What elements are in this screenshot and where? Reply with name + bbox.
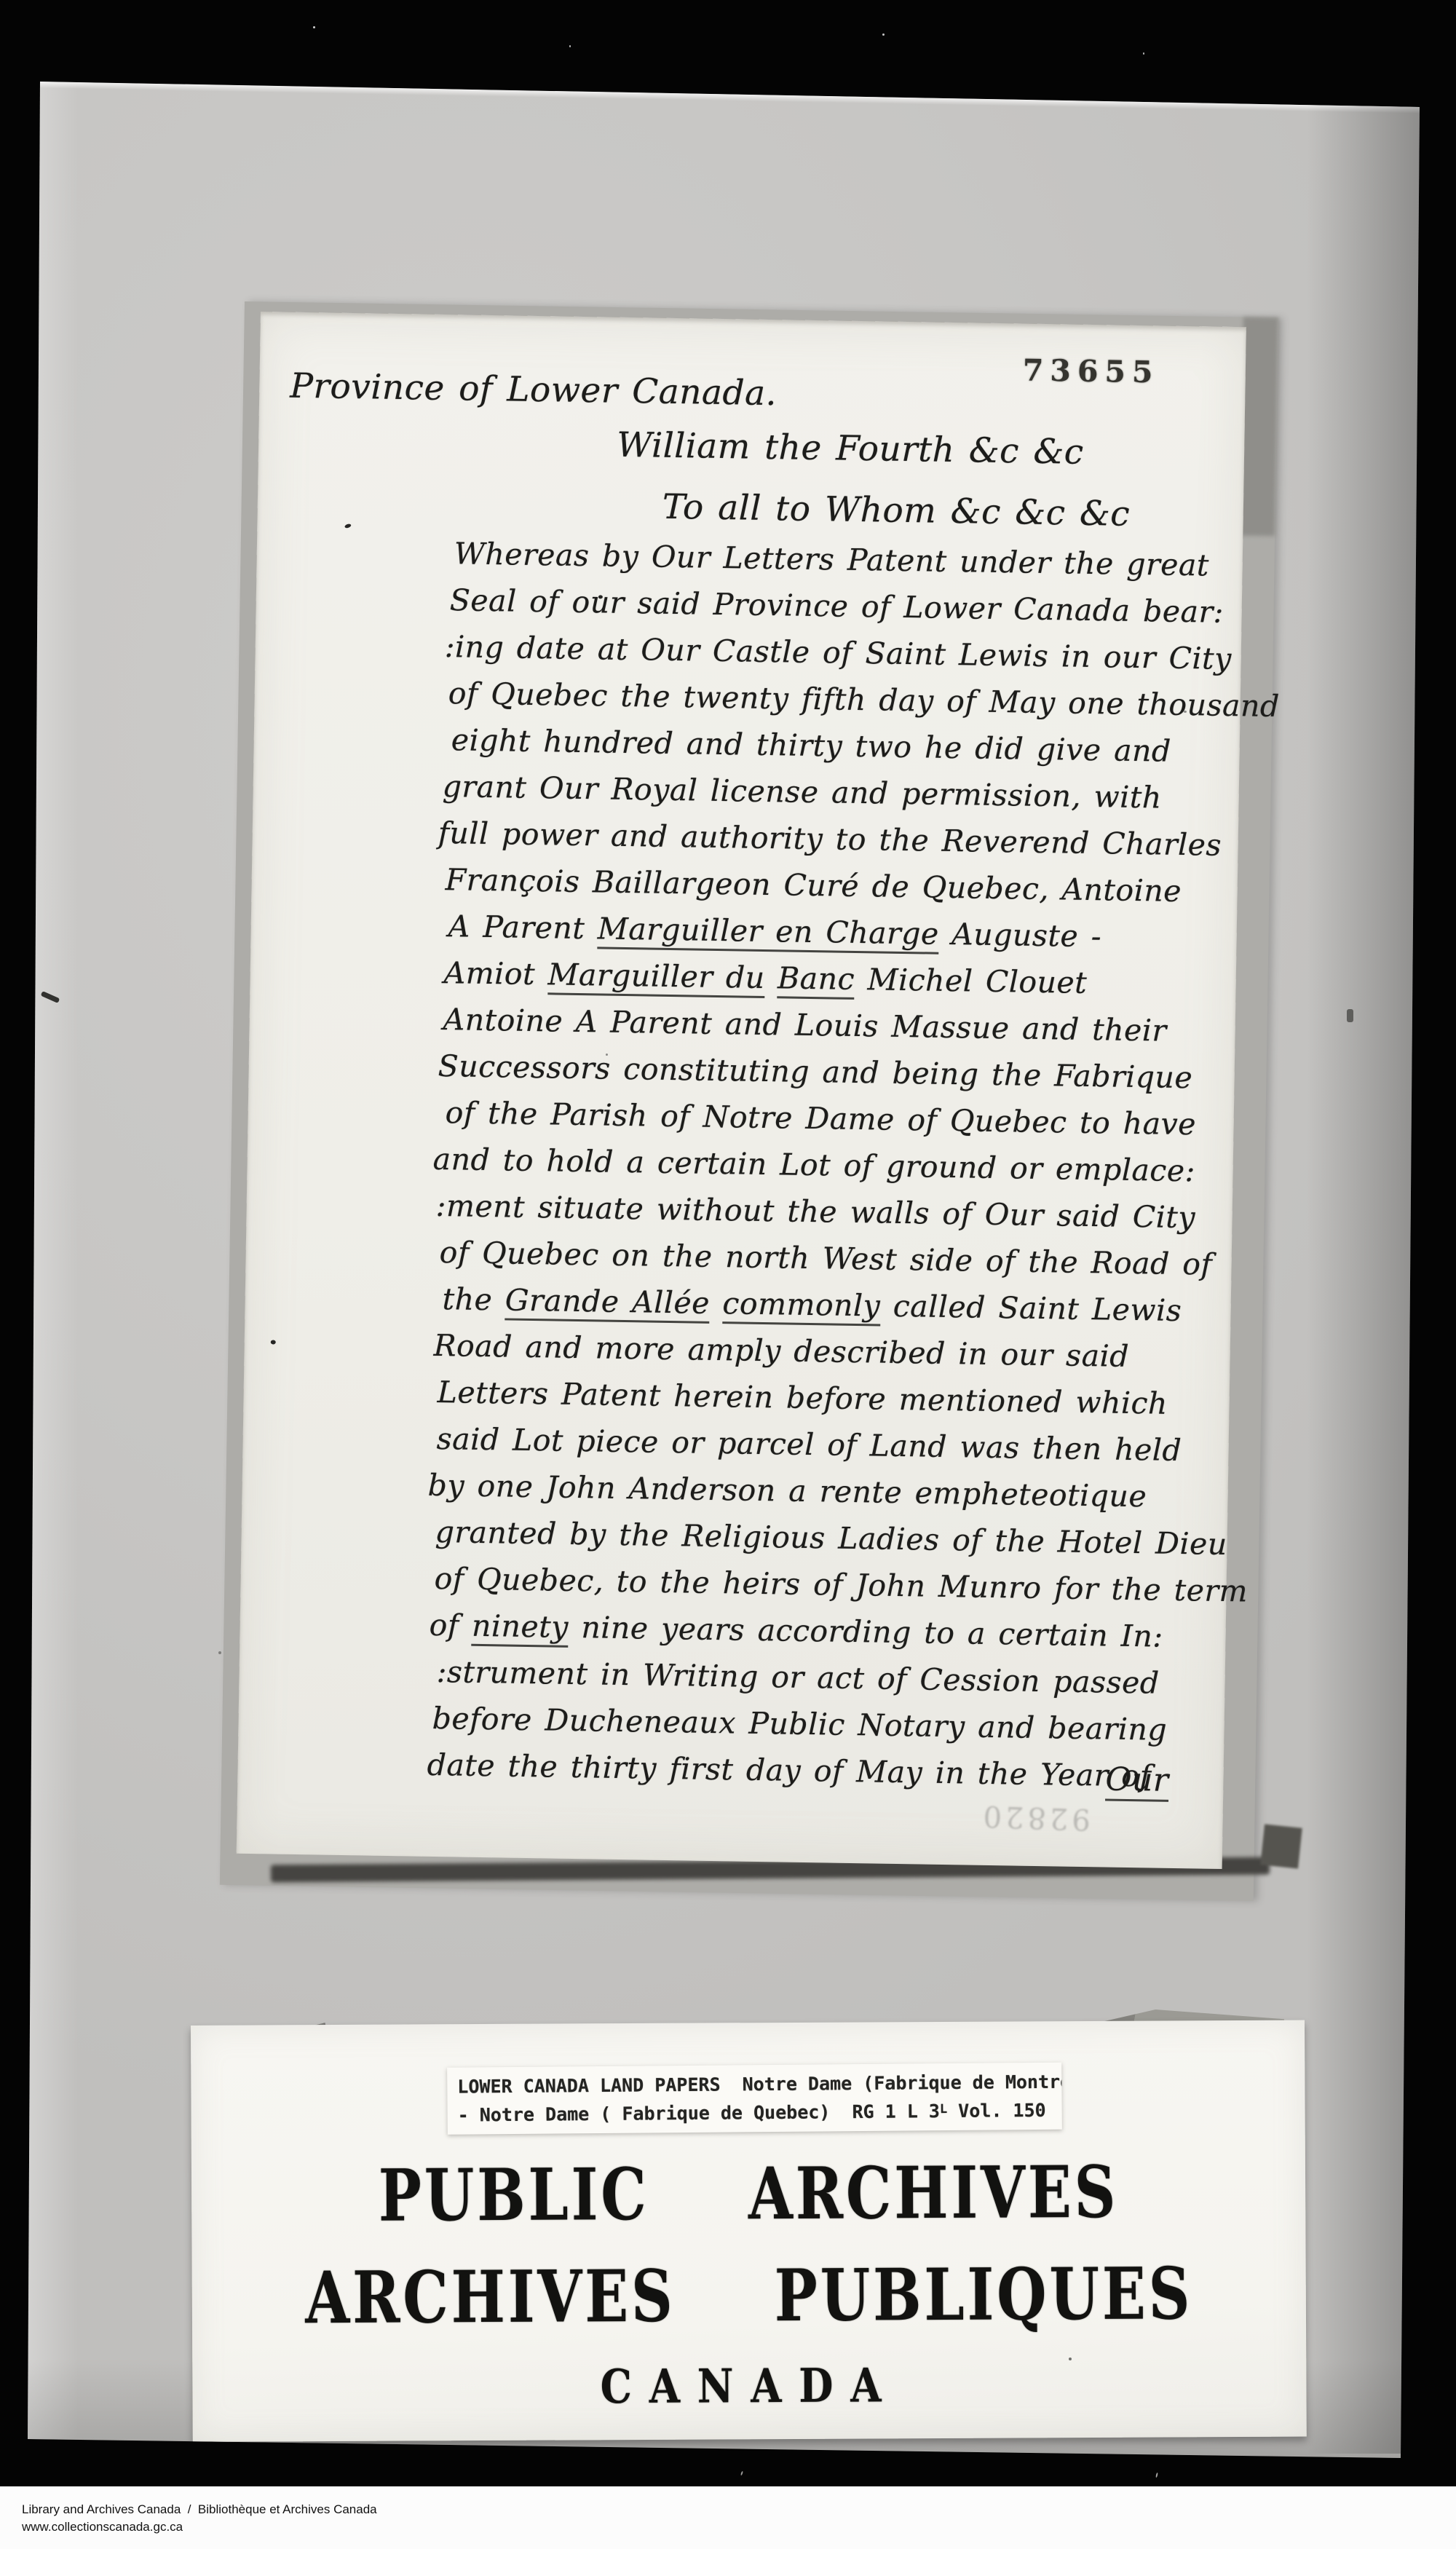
underlined-phrase: Banc — [778, 960, 855, 1000]
handwriting-segment: :strument in Writing or act of Cession p… — [436, 1654, 1160, 1701]
handwriting-segment: by one John Anderson a rente empheteotiq… — [427, 1468, 1147, 1514]
photo-board: Province of Lower Canada. 73655 William … — [0, 0, 1456, 2549]
dust-speck — [1069, 2358, 1072, 2360]
reference-label-line-2-volume: Vol. 150 — [947, 2100, 1046, 2122]
handwriting-segment: and to hold a certain Lot of ground or e… — [432, 1142, 1195, 1188]
film-frame: Province of Lower Canada. 73655 William … — [0, 0, 1456, 2549]
ink-fleck — [344, 523, 352, 529]
handwriting-segment: of Quebec the twenty fifth day of May on… — [448, 676, 1280, 724]
manuscript-heading: Province of Lower Canada. — [290, 366, 778, 414]
handwriting-segment: of Quebec on the north West side of the … — [439, 1235, 1212, 1282]
handwriting-segment: the — [442, 1281, 505, 1317]
handwriting-segment: of — [429, 1608, 472, 1643]
handwriting-body: Whereas by Our Letters Patent under the … — [431, 530, 1282, 1801]
reference-label-line-2-text: - Notre Dame ( Fabrique de Quebec) RG 1 … — [458, 2101, 940, 2126]
film-dust — [313, 26, 315, 28]
footer-institution-line: Library and Archives Canada / Bibliothèq… — [22, 2502, 377, 2517]
salutation-line-1: William the Fourth &c &c — [617, 425, 1084, 473]
margin-tick-right — [1347, 1009, 1353, 1022]
film-dust — [1155, 2473, 1158, 2478]
reference-label-line-2: - Notre Dame ( Fabrique de Quebec) RG 1 … — [458, 2095, 1052, 2129]
dust-speck — [606, 1054, 608, 1056]
handwriting-segment: of Quebec, to the heirs of John Munro fo… — [434, 1561, 1248, 1609]
handwriting-segment: granted by the Religious Ladies of the H… — [435, 1514, 1227, 1562]
handwriting-segment: said Lot piece or parcel of Land was the… — [436, 1421, 1182, 1468]
handwriting-segment: before Ducheneaux Public Notary and bear… — [432, 1701, 1167, 1747]
handwriting-segment: Successors constituting and being the Fa… — [438, 1048, 1192, 1095]
archives-stamp-line-french: ARCHIVES PUBLIQUES — [304, 2252, 1195, 2340]
reference-label: LOWER CANADA LAND PAPERS Notre Dame (Fab… — [447, 2063, 1062, 2135]
handwriting-segment: grant Our Royal license and permission, … — [442, 769, 1162, 815]
film-dust — [1143, 52, 1144, 55]
handwriting-segment: eight hundred and thirty two he did give… — [451, 722, 1171, 769]
handwriting-segment: nine years according to a certain In: — [569, 1610, 1164, 1654]
board-left-highlight — [28, 82, 79, 2441]
handwriting-segment: Letters Patent herein before mentioned w… — [437, 1375, 1168, 1421]
board-top-highlight — [40, 82, 1420, 114]
handwriting-segment: called Saint Lewis — [880, 1289, 1182, 1328]
underlined-phrase: commonly — [722, 1286, 881, 1326]
underlined-phrase: Grande Allée — [505, 1282, 710, 1323]
catchword: Our — [1105, 1760, 1169, 1798]
film-dust — [882, 33, 885, 36]
manuscript-page: Province of Lower Canada. 73655 William … — [237, 312, 1246, 1869]
archives-stamp-line-english: PUBLIC ARCHIVES — [303, 2150, 1195, 2238]
ink-fleck — [598, 595, 603, 598]
handwriting-segment: :ing date at Our Castle of Saint Lewis i… — [444, 629, 1232, 676]
handwriting-segment: Amiot — [443, 955, 548, 992]
handwriting-segment: Auguste - — [938, 917, 1101, 955]
handwriting-segment: :ment situate without the walls of Our s… — [435, 1188, 1195, 1235]
archives-stamp-card: LOWER CANADA LAND PAPERS Notre Dame (Fab… — [191, 2020, 1307, 2442]
underlined-phrase: Marguiller du — [547, 957, 765, 998]
film-dust — [740, 2471, 743, 2475]
reference-label-superscript: L — [940, 2102, 947, 2117]
handwriting-segment — [710, 1286, 723, 1321]
handwriting-segment: full power and authority to the Reverend… — [438, 815, 1222, 863]
salutation-line-2: To all to Whom &c &c &c — [662, 487, 1130, 534]
faint-number-stamp: 92820 — [979, 1798, 1091, 1835]
handwriting-segment: Whereas by Our Letters Patent under the … — [454, 536, 1209, 582]
handwriting-segment: A Parent — [448, 909, 598, 946]
handwriting-segment: Road and more amply described in our sai… — [433, 1328, 1129, 1374]
dust-speck — [218, 1651, 221, 1654]
handwriting-segment: Michel Clouet — [855, 962, 1088, 1000]
footer-strip: Library and Archives Canada / Bibliothèq… — [0, 2486, 1456, 2549]
ink-fleck — [271, 1340, 276, 1344]
handwriting-segment: François Baillargeon Curé de Quebec, Ant… — [445, 862, 1182, 909]
handwriting-segment: date the thirty first day of May in the … — [427, 1747, 1151, 1794]
handwriting-segment: Antoine A Parent and Louis Massue and th… — [443, 1002, 1167, 1048]
page-number-stamp: 73655 — [1022, 352, 1159, 390]
board-right-shadow — [1307, 87, 1420, 2454]
handwriting-segment: of the Parish of Notre Dame of Quebec to… — [445, 1095, 1196, 1142]
archives-stamp-line-canada: CANADA — [276, 2357, 1223, 2416]
footer-url: www.collectionscanada.gc.ca — [22, 2520, 183, 2534]
page-corner-shadow — [1260, 1824, 1302, 1868]
handwriting-segment — [764, 960, 778, 995]
dust-speck — [1184, 711, 1187, 713]
catchword-text: Our — [1105, 1760, 1169, 1801]
underlined-phrase: ninety — [472, 1608, 569, 1648]
film-dust — [569, 45, 571, 47]
handwriting-segment: Seal of our said Province of Lower Canad… — [449, 582, 1224, 630]
underlined-phrase: Marguiller en Charge — [597, 911, 939, 954]
